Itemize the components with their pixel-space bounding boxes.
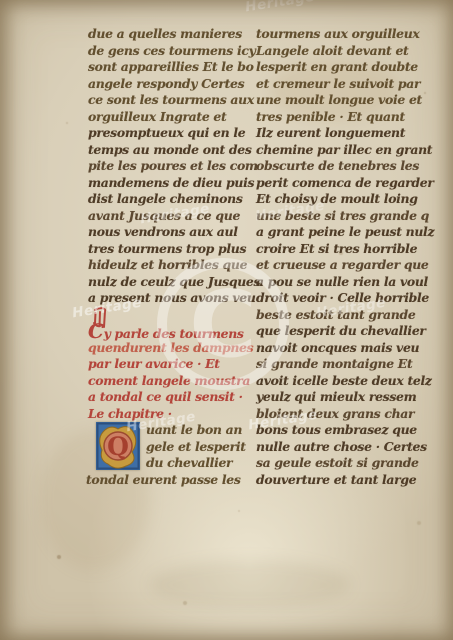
parchment-stain xyxy=(150,560,350,610)
manuscript-line: bons tous embrasez que xyxy=(256,422,428,439)
manuscript-line: dist langele cheminons xyxy=(88,191,250,208)
manuscript-line: presomptueux qui en le xyxy=(88,125,250,142)
decorated-initial-Q: Q xyxy=(96,422,140,470)
paraph-line xyxy=(88,307,250,324)
manuscript-line: mandemens de dieu puis xyxy=(88,175,250,192)
manuscript-line: de gens ces tourmens icy xyxy=(88,43,250,60)
manuscript-line: tres penible · Et quant xyxy=(256,109,428,126)
manuscript-line: nulz de ceulz que Jusques xyxy=(88,274,250,291)
manuscript-line: tourmens aux orguilleux xyxy=(256,26,428,43)
manuscript-line: Cy parle des tourmens xyxy=(88,323,250,340)
manuscript-line: ce sont les tourmens aux xyxy=(88,92,250,109)
manuscript-line: et crueuse a regarder que xyxy=(256,257,428,274)
manuscript-line: a tondal ce quil sensit · xyxy=(88,389,250,406)
manuscript-line: Langele aloit devant et xyxy=(256,43,428,60)
manuscript-line: coment langele moustra xyxy=(88,373,250,390)
manuscript-line: du chevallier xyxy=(146,455,250,472)
manuscript-line: nulle autre chose · Certes xyxy=(256,439,428,456)
manuscript-line: avoit icelle beste deux telz xyxy=(256,373,428,390)
manuscript-line: temps au monde ont des xyxy=(88,142,250,159)
manuscript-line: tondal eurent passe les xyxy=(86,472,250,489)
manuscript-line: yeulz qui mieulx ressem xyxy=(256,389,428,406)
svg-text:Q: Q xyxy=(107,432,129,461)
manuscript-line: a pou se nulle rien la voul xyxy=(256,274,428,291)
manuscript-line: a grant peine le peust nulz xyxy=(256,224,428,241)
manuscript-line: par leur avarice · Et xyxy=(88,356,250,373)
manuscript-line: orguilleux Ingrate et xyxy=(88,109,250,126)
manuscript-line: et cremeur le suivoit par xyxy=(256,76,428,93)
manuscript-line: si grande montaigne Et xyxy=(256,356,428,373)
manuscript-line: bloient deux grans char xyxy=(256,406,428,423)
manuscript-line: hideulz et horribles que xyxy=(88,257,250,274)
manuscript-line: sa geule estoit si grande xyxy=(256,455,428,472)
manuscript-page: due a quelles manieresde gens ces tourme… xyxy=(0,0,453,640)
manuscript-line: perit comenca de regarder xyxy=(256,175,428,192)
manuscript-line: navoit oncques mais veu xyxy=(256,340,428,357)
initial-wrapped-lines: uant le bon angele et lesperitdu chevall… xyxy=(146,422,250,472)
manuscript-line: chemine par illec en grant xyxy=(256,142,428,159)
manuscript-line: croire Et si tres horrible xyxy=(256,241,428,258)
manuscript-line: pite les poures et les com xyxy=(88,158,250,175)
manuscript-line: lesperit en grant doubte xyxy=(256,59,428,76)
parchment-speckles xyxy=(0,0,2,2)
text-column-right: tourmens aux orguilleuxLangele aloit dev… xyxy=(256,26,428,488)
manuscript-line: une moult longue voie et xyxy=(256,92,428,109)
rubric: Cy parle des tourmensquendurent les damp… xyxy=(88,323,250,422)
manuscript-line: quendurent les dampnes xyxy=(88,340,250,357)
manuscript-line: tres tourmens trop plus xyxy=(88,241,250,258)
left-column-lines: due a quelles manieresde gens ces tourme… xyxy=(88,26,250,307)
manuscript-line: obscurte de tenebres les xyxy=(256,158,428,175)
manuscript-line: avant Jusques a ce que xyxy=(88,208,250,225)
manuscript-line: droit veoir · Celle horrible xyxy=(256,290,428,307)
manuscript-line: une beste si tres grande q xyxy=(256,208,428,225)
manuscript-line: gele et lesperit xyxy=(146,439,250,456)
manuscript-line: nous vendrons aux aul xyxy=(88,224,250,241)
manuscript-line: douverture et tant large xyxy=(256,472,428,489)
heritage-watermark-text: Heritage xyxy=(244,0,316,15)
manuscript-line: sont appareillies Et le bo xyxy=(88,59,250,76)
manuscript-line: que lesperit du chevallier xyxy=(256,323,428,340)
manuscript-line: uant le bon an xyxy=(146,422,250,439)
paraph-flourish-icon xyxy=(92,307,112,329)
manuscript-line: angele respondy Certes xyxy=(88,76,250,93)
manuscript-line: a present nous avons veu xyxy=(88,290,250,307)
initial-row: Q uant le bon angele et lesperitdu cheva… xyxy=(88,422,250,472)
text-column-left: due a quelles manieresde gens ces tourme… xyxy=(88,26,250,488)
manuscript-line: Le chapitre · xyxy=(88,406,250,423)
manuscript-line: beste estoit tant grande xyxy=(256,307,428,324)
manuscript-line: Ilz eurent longuement xyxy=(256,125,428,142)
manuscript-line: Et choisy de moult loing xyxy=(256,191,428,208)
manuscript-line: due a quelles manieres xyxy=(88,26,250,43)
